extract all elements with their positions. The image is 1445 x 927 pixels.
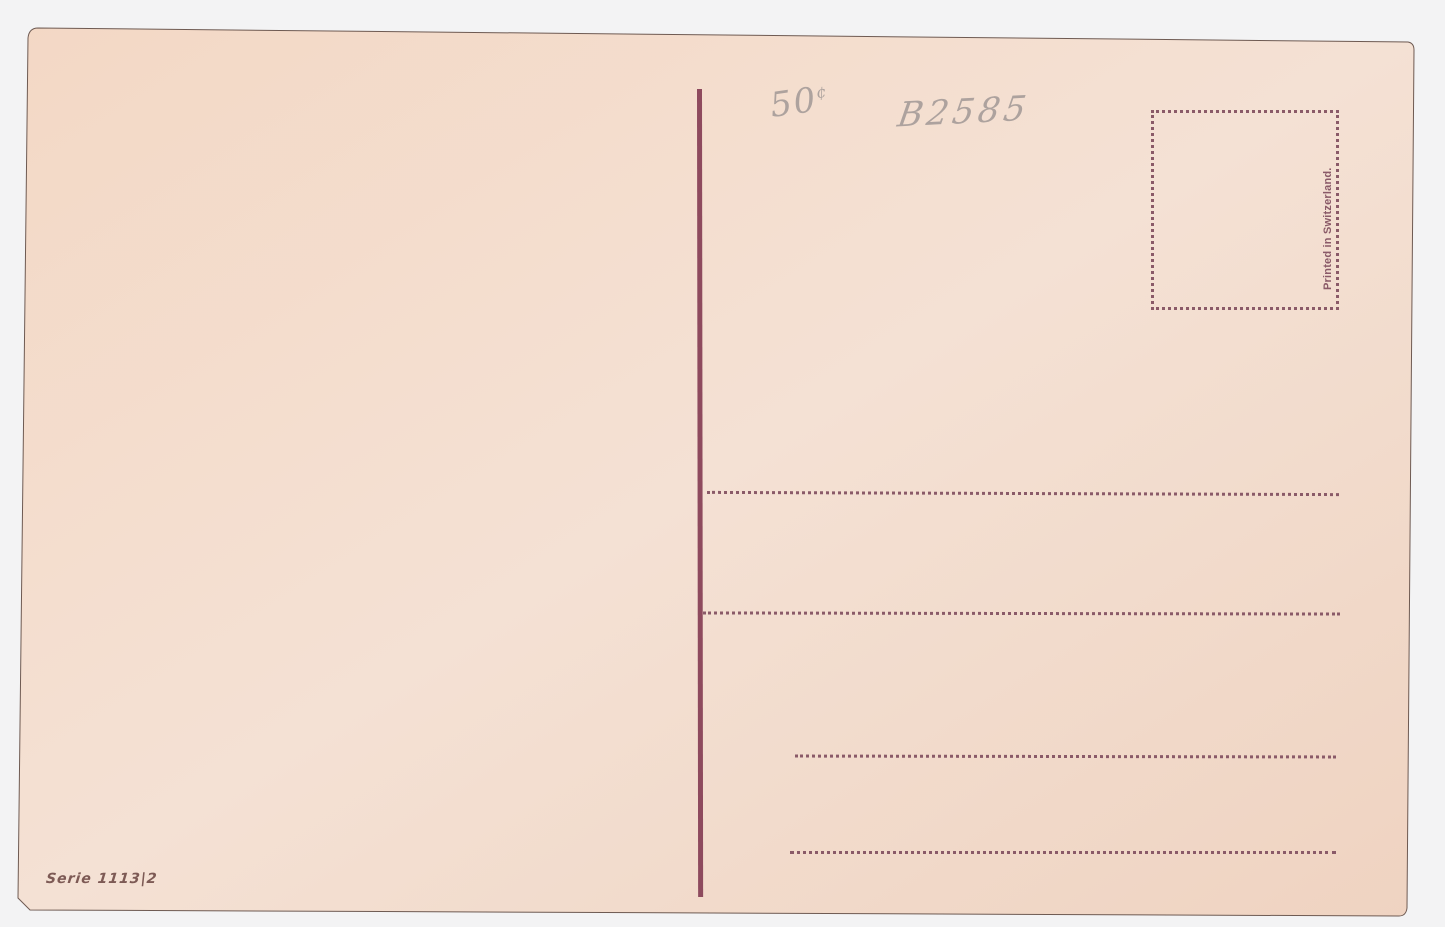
stamp-box xyxy=(1151,110,1339,310)
pencil-price-note: 50¢ xyxy=(768,78,832,126)
pencil-reference-note: B2585 xyxy=(895,88,1033,135)
postcard-back: 50¢ B2585 Printed in Switzerland. Serie … xyxy=(0,0,1445,927)
printed-in-switzerland-text: Printed in Switzerland. xyxy=(1322,167,1334,290)
address-line-4 xyxy=(790,851,1336,854)
series-label: Serie 1113|2 xyxy=(45,871,158,887)
